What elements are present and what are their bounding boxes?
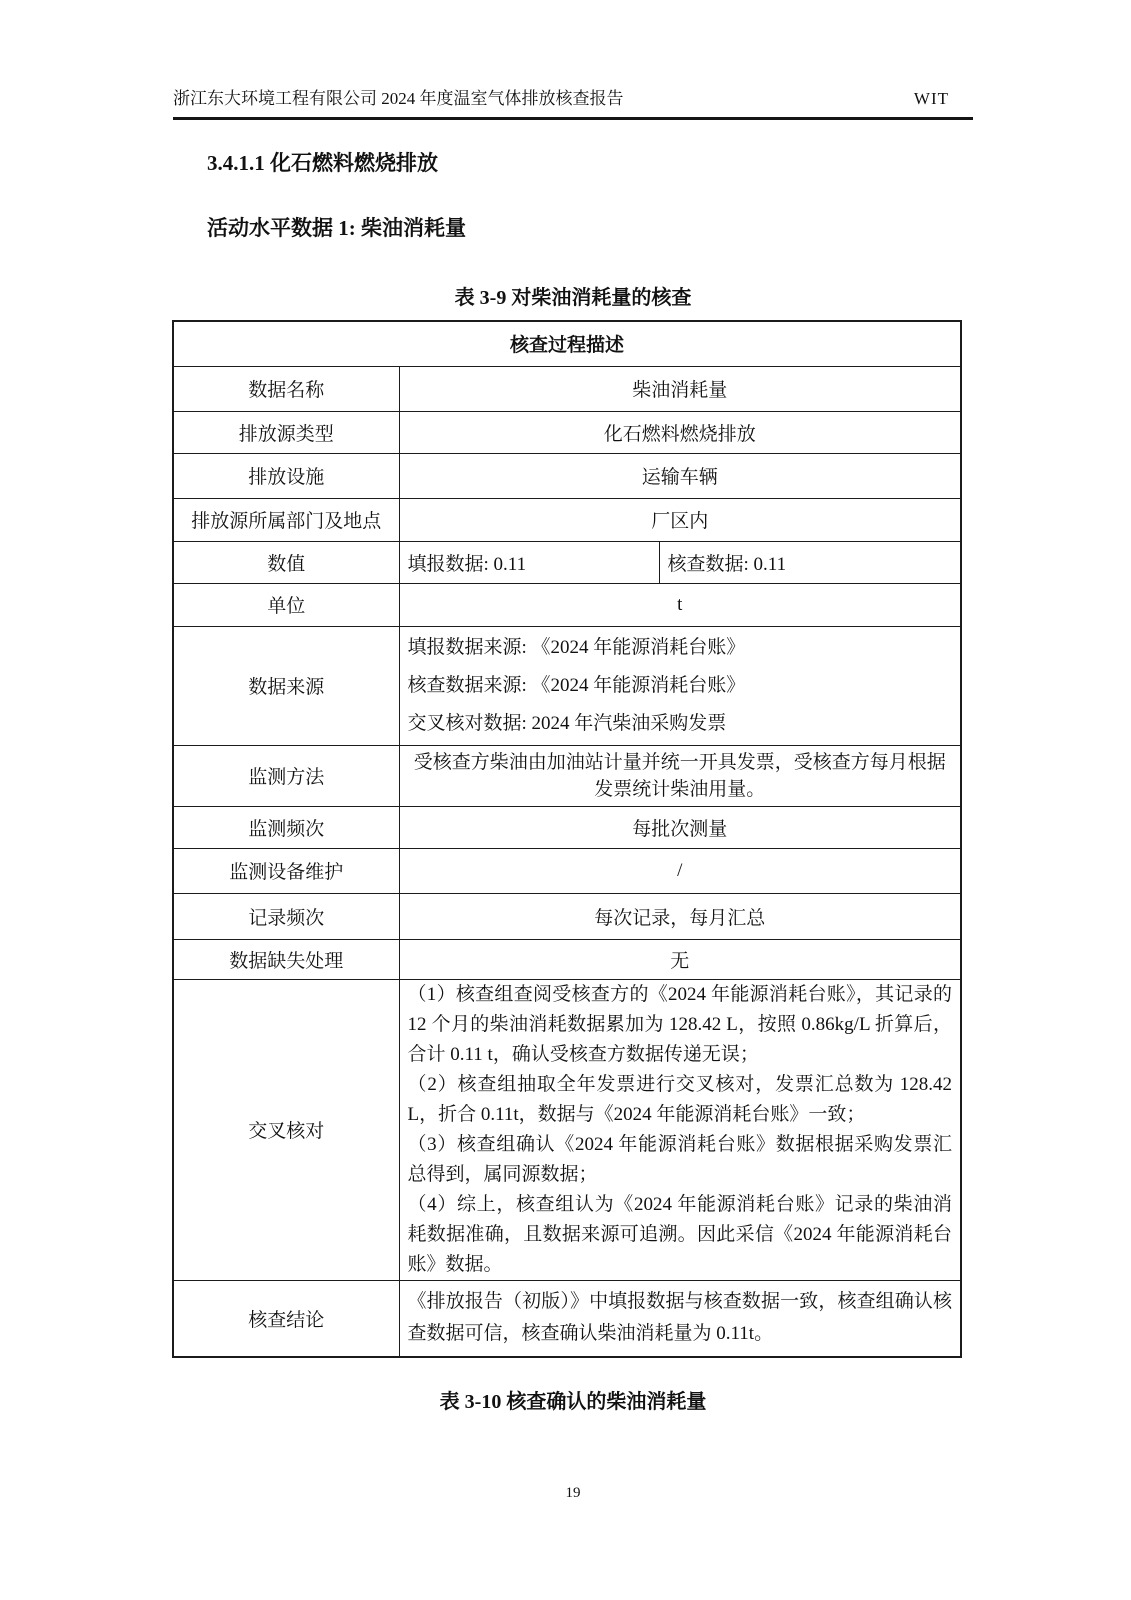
table-row: 排放源所属部门及地点 厂区内	[173, 498, 961, 541]
cross-check-item: （2）核查组抽取全年发票进行交叉核对，发票汇总数为 128.42 L，折合 0.…	[408, 1070, 953, 1130]
table-row: 数据缺失处理 无	[173, 939, 961, 979]
row-label: 数据来源	[173, 626, 399, 745]
verification-table: 核查过程描述 数据名称 柴油消耗量 排放源类型 化石燃料燃烧排放 排放设施 运输…	[172, 320, 962, 1358]
data-source-line: 交叉核对数据: 2024 年汽柴油采购发票	[408, 705, 953, 743]
row-label: 记录频次	[173, 893, 399, 939]
cross-check-cell: （1）核查组查阅受核查方的《2024 年能源消耗台账》，其记录的 12 个月的柴…	[399, 979, 961, 1280]
row-value: 运输车辆	[399, 453, 961, 498]
row-label: 排放源所属部门及地点	[173, 498, 399, 541]
row-label: 核查结论	[173, 1280, 399, 1357]
cross-check-item: （4）综上，核查组认为《2024 年能源消耗台账》记录的柴油消耗数据准确，且数据…	[408, 1190, 953, 1280]
table-row: 监测设备维护 /	[173, 848, 961, 893]
table-row: 单位 t	[173, 583, 961, 626]
data-source-line: 核查数据来源: 《2024 年能源消耗台账》	[408, 667, 953, 705]
table-row: 核查过程描述	[173, 321, 961, 366]
row-value: /	[399, 848, 961, 893]
row-value: 柴油消耗量	[399, 366, 961, 411]
row-label: 监测方法	[173, 745, 399, 806]
row-value: 每批次测量	[399, 806, 961, 848]
page-header: 浙江东大环境工程有限公司 2024 年度温室气体排放核查报告 WIT	[173, 84, 973, 109]
table-header-cell: 核查过程描述	[173, 321, 961, 366]
table-3-10-title: 表 3-10 核查确认的柴油消耗量	[173, 1385, 973, 1414]
row-label: 交叉核对	[173, 979, 399, 1280]
header-right-text: WIT	[914, 89, 973, 109]
row-label: 数值	[173, 541, 399, 583]
header-rule	[173, 117, 973, 120]
row-label: 单位	[173, 583, 399, 626]
cross-check-item: （1）核查组查阅受核查方的《2024 年能源消耗台账》，其记录的 12 个月的柴…	[408, 980, 953, 1070]
header-left-text: 浙江东大环境工程有限公司 2024 年度温室气体排放核查报告	[173, 84, 624, 109]
row-label: 排放源类型	[173, 411, 399, 453]
table-row: 排放设施 运输车辆	[173, 453, 961, 498]
row-value: 化石燃料燃烧排放	[399, 411, 961, 453]
row-value: t	[399, 583, 961, 626]
verified-value-cell: 核查数据: 0.11	[659, 541, 961, 583]
row-label: 排放设施	[173, 453, 399, 498]
cross-check-item: （3）核查组确认《2024 年能源消耗台账》数据根据采购发票汇总得到，属同源数据…	[408, 1130, 953, 1190]
row-label: 数据缺失处理	[173, 939, 399, 979]
table-row-data-source: 数据来源 填报数据来源: 《2024 年能源消耗台账》 核查数据来源: 《202…	[173, 626, 961, 745]
document-page: 浙江东大环境工程有限公司 2024 年度温室气体排放核查报告 WIT 3.4.1…	[0, 0, 1131, 1600]
table-row-numeric: 数值 填报数据: 0.11 核查数据: 0.11	[173, 541, 961, 583]
conclusion-cell: 《排放报告（初版）》中填报数据与核查数据一致，核查组确认核查数据可信，核查确认柴…	[399, 1280, 961, 1357]
table-row: 排放源类型 化石燃料燃烧排放	[173, 411, 961, 453]
table-row: 监测方法 受核查方柴油由加油站计量并统一开具发票，受核查方每月根据发票统计柴油用…	[173, 745, 961, 806]
row-label: 监测设备维护	[173, 848, 399, 893]
page-number: 19	[173, 1485, 973, 1502]
row-value: 厂区内	[399, 498, 961, 541]
data-source-line: 填报数据来源: 《2024 年能源消耗台账》	[408, 629, 953, 667]
row-label: 数据名称	[173, 366, 399, 411]
data-source-cell: 填报数据来源: 《2024 年能源消耗台账》 核查数据来源: 《2024 年能源…	[399, 626, 961, 745]
row-label: 监测频次	[173, 806, 399, 848]
table-row-conclusion: 核查结论 《排放报告（初版）》中填报数据与核查数据一致，核查组确认核查数据可信，…	[173, 1280, 961, 1357]
activity-heading: 活动水平数据 1: 柴油消耗量	[207, 212, 466, 242]
table-row: 监测频次 每批次测量	[173, 806, 961, 848]
row-value: 受核查方柴油由加油站计量并统一开具发票，受核查方每月根据发票统计柴油用量。	[399, 745, 961, 806]
table-row: 记录频次 每次记录，每月汇总	[173, 893, 961, 939]
section-heading: 3.4.1.1 化石燃料燃烧排放	[207, 147, 438, 177]
table-row: 数据名称 柴油消耗量	[173, 366, 961, 411]
reported-value-cell: 填报数据: 0.11	[399, 541, 659, 583]
row-value: 无	[399, 939, 961, 979]
table-3-9-title: 表 3-9 对柴油消耗量的核查	[173, 281, 973, 310]
table-row-cross-check: 交叉核对 （1）核查组查阅受核查方的《2024 年能源消耗台账》，其记录的 12…	[173, 979, 961, 1280]
row-value: 每次记录，每月汇总	[399, 893, 961, 939]
